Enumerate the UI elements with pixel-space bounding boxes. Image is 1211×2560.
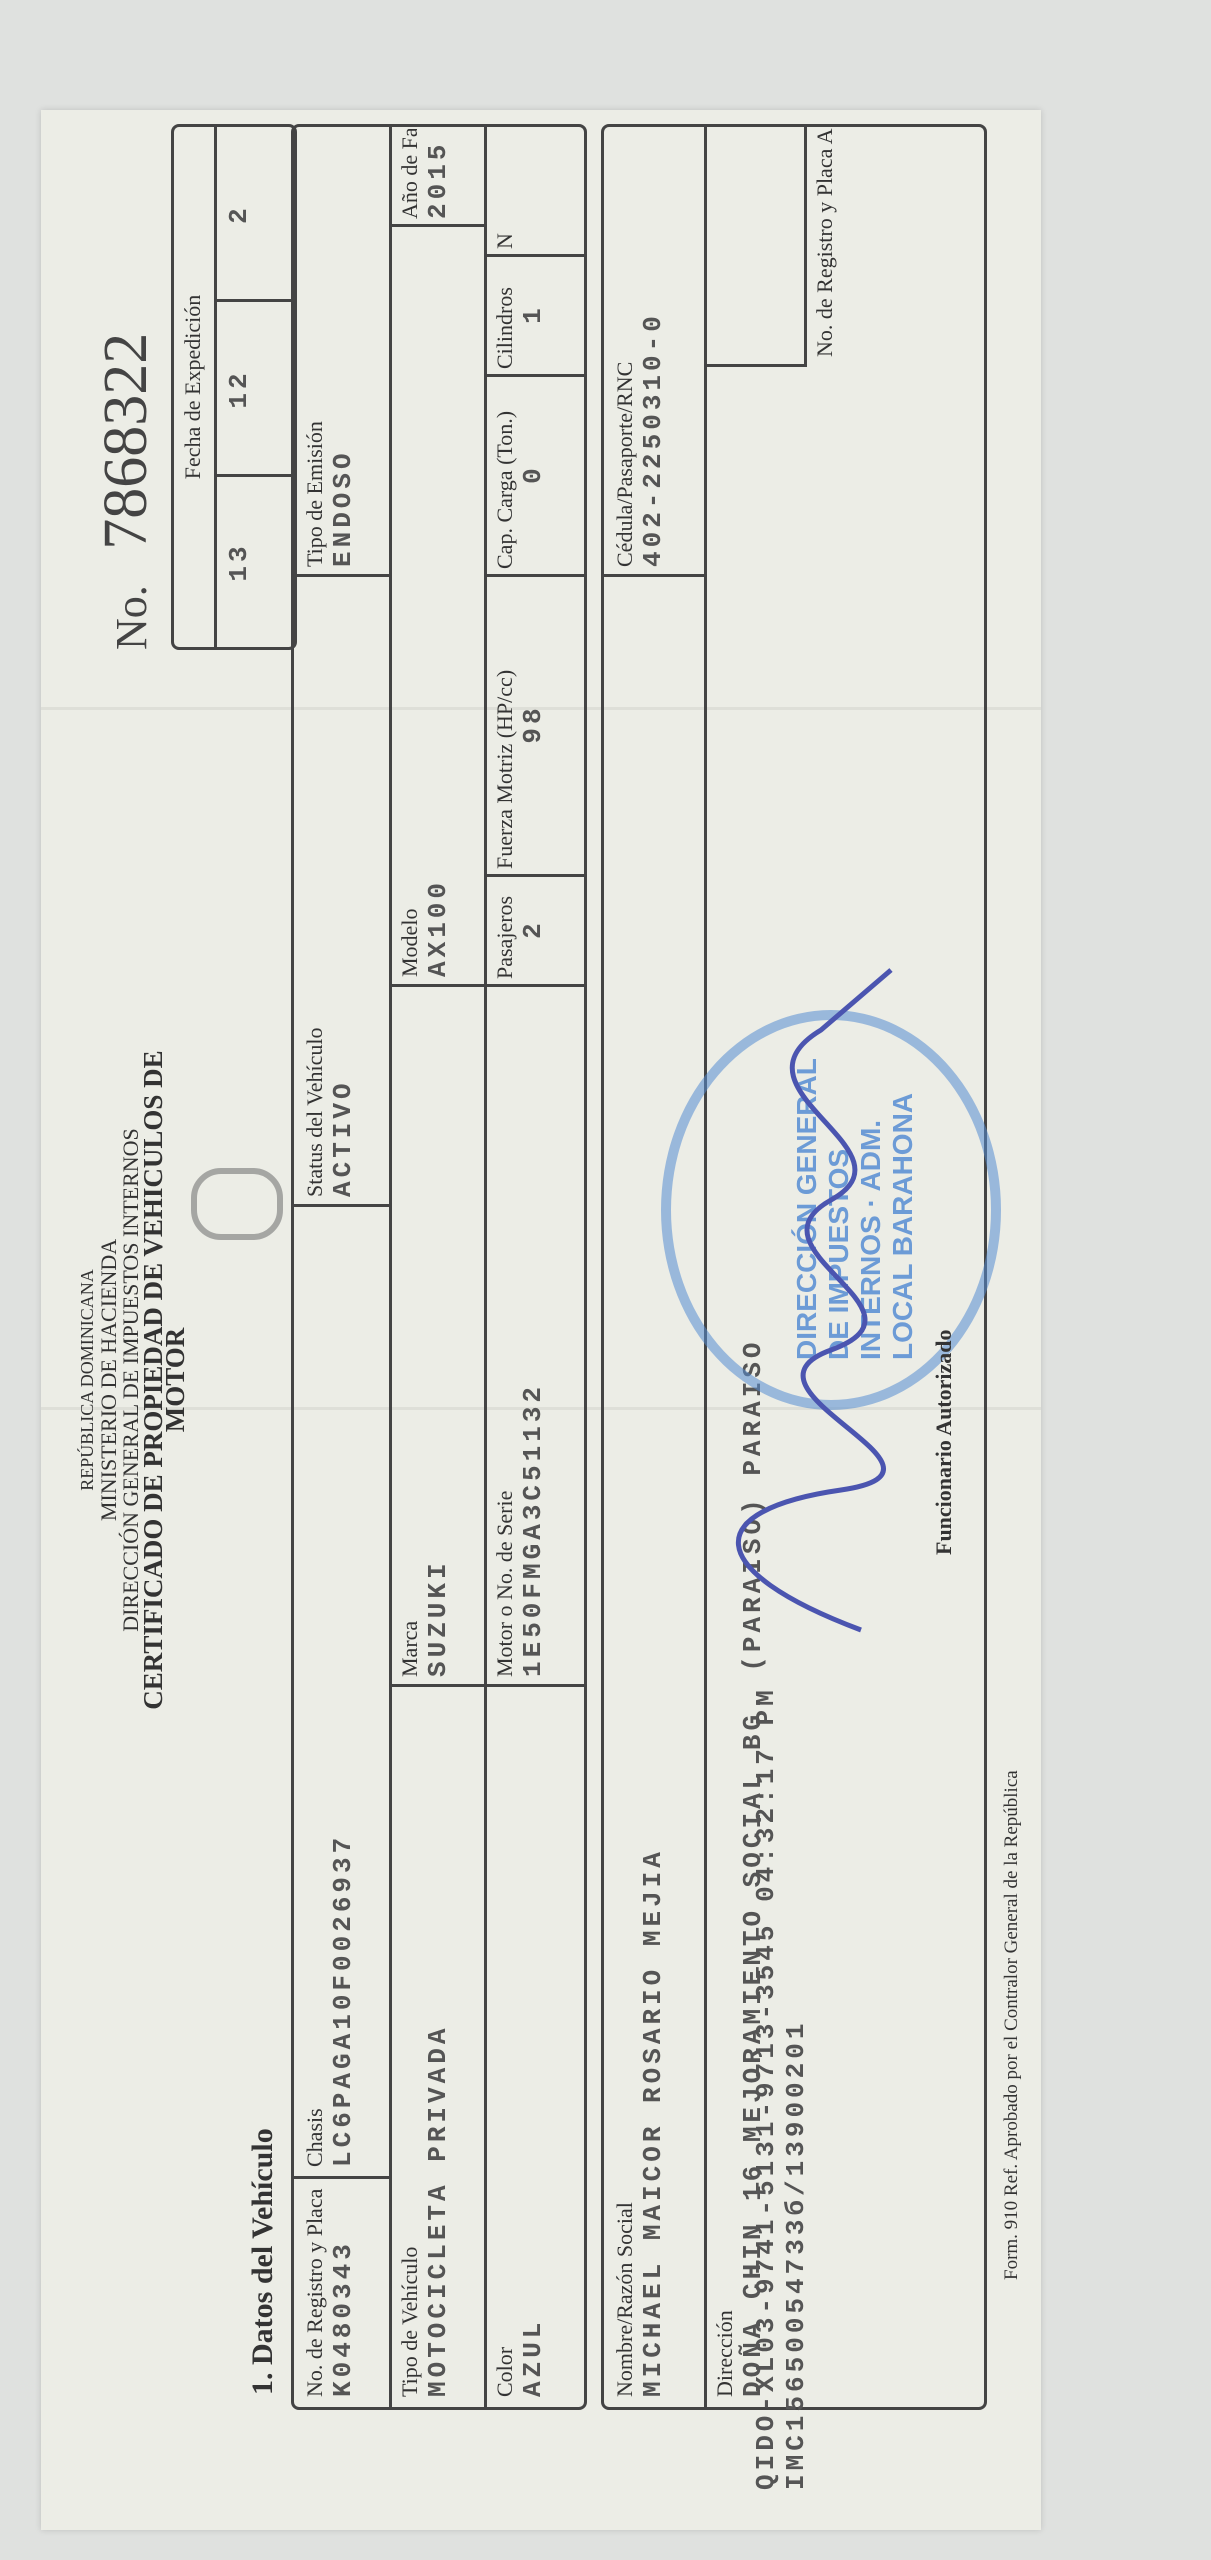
document-header: REPÚBLICA DOMINICANA MINISTERIO DE HACIE…: [76, 1030, 186, 1730]
cap-carga-label: Cap. Carga (Ton.): [492, 379, 518, 569]
document-title: CERTIFICADO DE PROPIEDAD DE VEHICULOS DE…: [142, 1030, 186, 1730]
motor-value: 1E50FMGA3C51132: [518, 1077, 548, 1677]
nombre-label: Nombre/Razón Social: [612, 897, 638, 2397]
marca-label: Marca: [397, 1177, 423, 1677]
tipo-emision-value: ENDOSO: [328, 167, 358, 567]
status-value: ACTIVO: [328, 677, 358, 1197]
document-number-label: No.: [107, 585, 156, 650]
registro-anterior-label: No. de Registro y Placa A: [812, 127, 838, 357]
modelo-value: AX100: [423, 477, 453, 977]
registro-value: K0480343: [328, 2177, 358, 2397]
status-label: Status del Vehículo: [302, 677, 328, 1197]
header-ministry: MINISTERIO DE HACIENDA: [98, 1030, 120, 1730]
vehicle-data-table: No. de Registro y Placa K0480343 Chasis …: [291, 124, 587, 2410]
motor-label: Motor o No. de Serie: [492, 1077, 518, 1677]
issue-year: 2: [224, 129, 254, 299]
tipo-emision-label: Tipo de Emisión: [302, 167, 328, 567]
anio-value: 2015: [423, 129, 453, 219]
registro-label: No. de Registro y Placa: [302, 2177, 328, 2397]
coat-of-arms-icon: [191, 1168, 283, 1240]
fuerza-motriz-value: 98: [518, 579, 548, 869]
issue-day: 13: [224, 477, 254, 647]
tipo-vehiculo-value: MOTOCICLETA PRIVADA: [423, 1797, 453, 2397]
cilindros-value: 1: [518, 259, 548, 369]
section-title: 1. Datos del Vehículo: [246, 2128, 280, 2395]
document-number: No. 7868322: [91, 333, 162, 650]
anio-label: Año de Fabricación: [397, 129, 423, 219]
chasis-label: Chasis: [302, 1667, 328, 2167]
chasis-value: LC6PAGA10F0026937: [328, 1667, 358, 2167]
issue-date-label: Fecha de Expedición: [180, 127, 206, 647]
marca-value: SUZUKI: [423, 1177, 453, 1677]
cedula-label: Cédula/Pasaporte/RNC: [612, 137, 638, 567]
cedula-value: 402-2250310-0: [638, 137, 668, 567]
header-country: REPÚBLICA DOMINICANA: [76, 1030, 98, 1730]
issue-date-box: Fecha de Expedición 13 12 2: [171, 124, 297, 650]
signature: [661, 950, 921, 1650]
modelo-label: Modelo: [397, 477, 423, 977]
tipo-vehiculo-label: Tipo de Vehículo: [397, 1797, 423, 2397]
document-number-value: 7868322: [92, 333, 160, 550]
fuerza-motriz-label: Fuerza Motriz (HP/cc): [492, 579, 518, 869]
cap-carga-value: 0: [518, 379, 548, 569]
cilindros-label: Cilindros: [492, 259, 518, 369]
color-value: AZUL: [518, 2017, 548, 2397]
signature-label: Funcionario Autorizado: [931, 1329, 957, 1555]
form-reference: Form. 910 Ref. Aprobado por el Contralor…: [1001, 1770, 1023, 2280]
issue-month: 12: [224, 304, 254, 474]
vehicle-certificate: REPÚBLICA DOMINICANA MINISTERIO DE HACIE…: [41, 110, 1041, 2530]
extra-col-label: N: [492, 189, 518, 249]
color-label: Color: [492, 2017, 518, 2397]
pasajeros-value: 2: [518, 879, 548, 979]
pasajeros-label: Pasajeros: [492, 879, 518, 979]
